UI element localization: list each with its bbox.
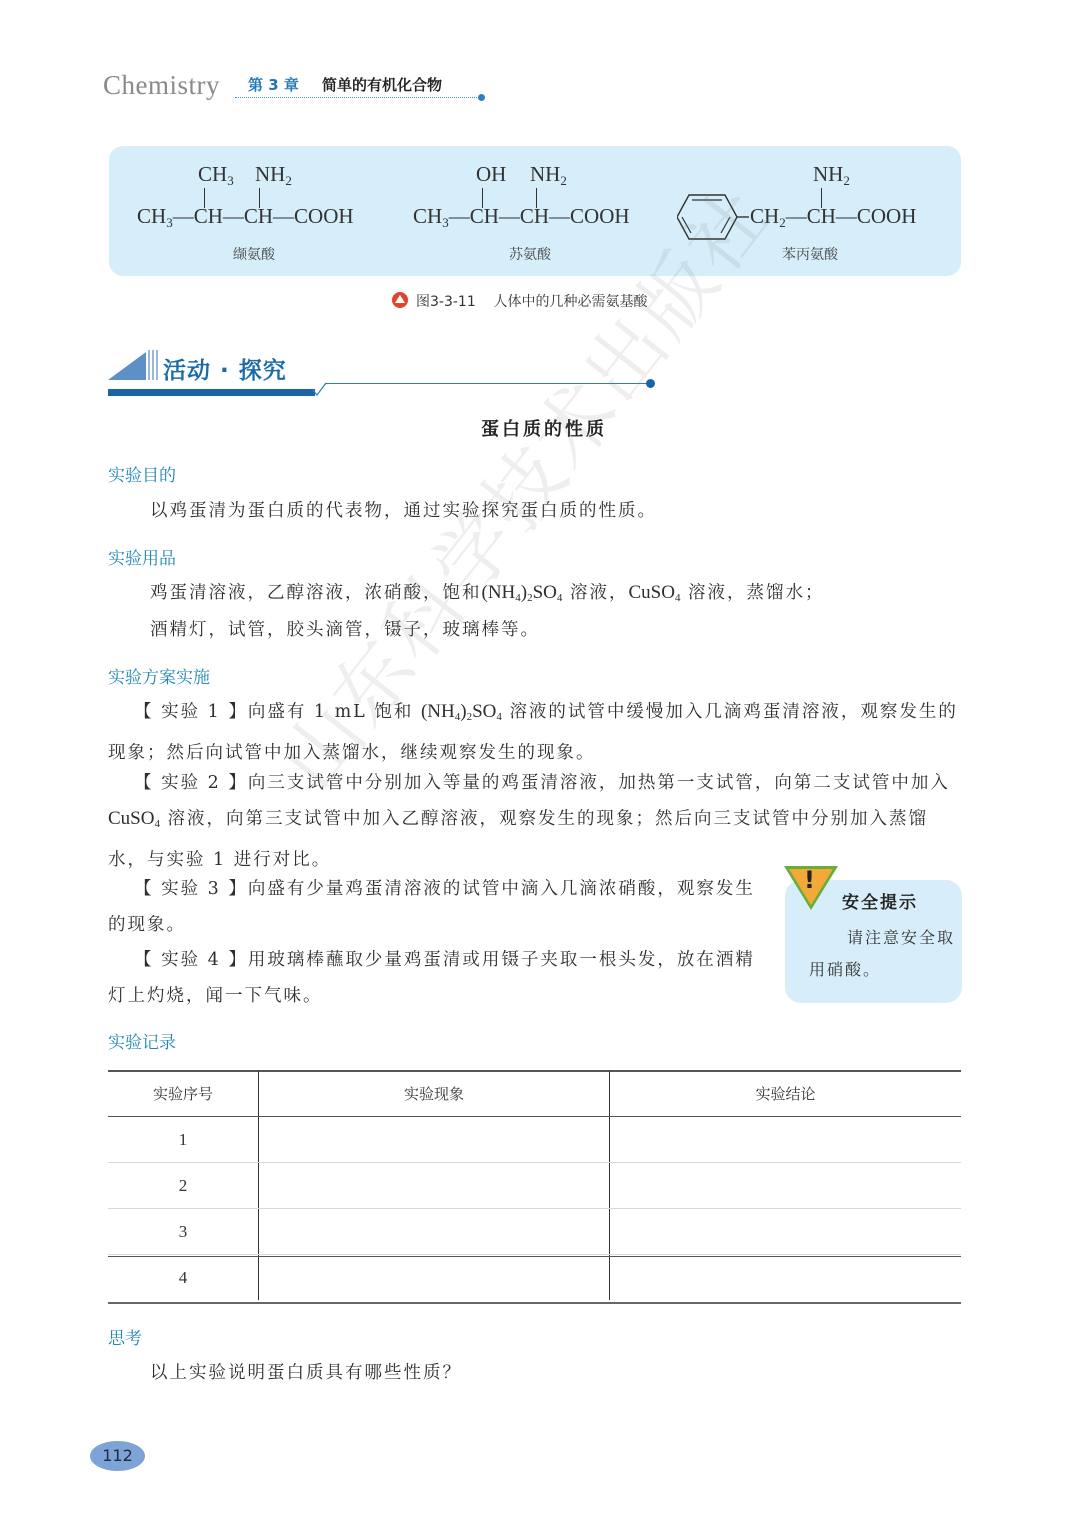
safety-tip-title: 安全提示 bbox=[842, 888, 918, 913]
chapter-number: 第 3 章 bbox=[248, 74, 299, 95]
formula-copper-sulfate: CuSO4 bbox=[628, 582, 680, 603]
col-header-conclusion: 实验结论 bbox=[610, 1071, 962, 1117]
section-title: 蛋白质的性质 bbox=[0, 415, 1080, 441]
table-row: 4 bbox=[108, 1255, 961, 1301]
conclusion-cell[interactable] bbox=[610, 1117, 962, 1163]
valine-ch3-group: CH3 bbox=[198, 162, 234, 189]
stripe bbox=[152, 350, 154, 380]
phenylalanine-chain: CH2—CH—COOH bbox=[750, 204, 916, 231]
threonine-chain: CH3—CH—CH—COOH bbox=[413, 204, 630, 231]
table-header-row: 实验序号 实验现象 实验结论 bbox=[108, 1071, 961, 1117]
table-row: 1 bbox=[108, 1117, 961, 1163]
formula-copper-sulfate: CuSO4 bbox=[108, 808, 160, 829]
threonine-oh-group: OH bbox=[476, 162, 506, 187]
heading-connector bbox=[312, 382, 328, 398]
experiment-4-label: 【 实验 4 】 bbox=[134, 950, 248, 970]
phenylalanine-nh2-group: NH2 bbox=[813, 162, 850, 189]
activity-triangle-icon bbox=[108, 352, 146, 380]
valine-chain: CH3—CH—CH—COOH bbox=[137, 204, 354, 231]
phenomenon-cell[interactable] bbox=[259, 1117, 610, 1163]
experiment-1-label: 【 实验 1 】 bbox=[134, 702, 248, 722]
table-row: 2 bbox=[108, 1163, 961, 1209]
materials-text: 溶液， bbox=[570, 583, 629, 603]
experiment-3: 【 实验 3 】向盛有少量鸡蛋清溶液的试管中滴入几滴浓硝酸，观察发生的现象。 bbox=[108, 871, 758, 943]
experiment-1: 【 实验 1 】向盛有 1 mL 饱和 (NH4)2SO4 溶液的试管中缓慢加入… bbox=[108, 694, 963, 771]
subheading-record: 实验记录 bbox=[108, 1028, 176, 1053]
caption-number: 图3-3-11 bbox=[416, 294, 476, 310]
page-number-badge: 112 bbox=[90, 1441, 145, 1471]
materials-text: 溶液，蒸馏水； bbox=[688, 583, 825, 603]
row-number: 4 bbox=[108, 1255, 259, 1301]
phenylalanine-label: 苯丙氨酸 bbox=[782, 244, 838, 264]
valine-nh2-group: NH2 bbox=[255, 162, 292, 189]
phenomenon-cell[interactable] bbox=[259, 1163, 610, 1209]
materials-line-1: 鸡蛋清溶液，乙醇溶液，浓硝酸，饱和(NH4)2SO4 溶液，CuSO4 溶液，蒸… bbox=[150, 575, 825, 616]
stripe bbox=[156, 350, 158, 380]
conclusion-cell[interactable] bbox=[610, 1209, 962, 1255]
materials-line-2: 酒精灯，试管，胶头滴管，镊子，玻璃棒等。 bbox=[150, 612, 540, 648]
experiment-2-label: 【 实验 2 】 bbox=[134, 773, 248, 793]
conclusion-cell[interactable] bbox=[610, 1163, 962, 1209]
table-row-rule bbox=[108, 1256, 961, 1257]
subheading-procedure: 实验方案实施 bbox=[108, 663, 210, 688]
subheading-materials: 实验用品 bbox=[108, 544, 176, 569]
experiment-3-label: 【 实验 3 】 bbox=[134, 879, 248, 899]
row-number: 1 bbox=[108, 1117, 259, 1163]
col-header-number: 实验序号 bbox=[108, 1071, 259, 1117]
heading-bar bbox=[108, 389, 315, 396]
chapter-title: 简单的有机化合物 bbox=[322, 74, 442, 95]
row-number: 3 bbox=[108, 1209, 259, 1255]
threonine-label: 苏氨酸 bbox=[509, 244, 551, 264]
activity-heading: 活动 · 探究 bbox=[163, 352, 287, 385]
heading-dot bbox=[646, 379, 655, 388]
phenomenon-cell[interactable] bbox=[259, 1209, 610, 1255]
header-dot bbox=[478, 94, 485, 101]
col-header-phenomenon: 实验现象 bbox=[259, 1071, 610, 1117]
purpose-text: 以鸡蛋清为蛋白质的代表物，通过实验探究蛋白质的性质。 bbox=[150, 493, 657, 529]
record-table: 实验序号 实验现象 实验结论 1 2 3 4 bbox=[108, 1071, 961, 1300]
safety-tip-text: 请注意安全取用硝酸。 bbox=[809, 922, 959, 986]
triangle-figure-icon bbox=[392, 292, 408, 308]
threonine-nh2-group: NH2 bbox=[530, 162, 567, 189]
formula-ammonium-sulfate: (NH4)2SO4 bbox=[421, 701, 502, 722]
caption-text: 人体中的几种必需氨基酸 bbox=[494, 294, 648, 310]
header-dotted-line bbox=[235, 97, 481, 98]
valine-label: 缬氨酸 bbox=[233, 244, 275, 264]
table-bottom-rule bbox=[108, 1302, 961, 1304]
materials-text: 鸡蛋清溶液，乙醇溶液，浓硝酸，饱和 bbox=[150, 583, 482, 603]
experiment-2: 【 实验 2 】向三支试管中分别加入等量的鸡蛋清溶液，加热第一支试管，向第二支试… bbox=[108, 765, 963, 878]
formula-ammonium-sulfate: (NH4)2SO4 bbox=[482, 582, 563, 603]
experiment-2-text: 溶液，向第三支试管中加入乙醇溶液，观察发生的现象；然后向三支试管中分别加入蒸馏水… bbox=[108, 809, 928, 870]
exclamation-icon: ! bbox=[804, 866, 815, 894]
conclusion-cell[interactable] bbox=[610, 1255, 962, 1301]
row-number: 2 bbox=[108, 1163, 259, 1209]
stripe bbox=[148, 350, 150, 380]
subheading-purpose: 实验目的 bbox=[108, 461, 176, 486]
experiment-4: 【 实验 4 】用玻璃棒蘸取少量鸡蛋清或用镊子夹取一根头发，放在酒精灯上灼烧，闻… bbox=[108, 942, 758, 1014]
heading-line bbox=[325, 383, 650, 384]
subheading-think: 思考 bbox=[108, 1324, 142, 1349]
figure-caption: 图3-3-11 人体中的几种必需氨基酸 bbox=[392, 291, 648, 311]
experiment-2-text: 向三支试管中分别加入等量的鸡蛋清溶液，加热第一支试管，向第二支试管中加入 bbox=[248, 773, 950, 793]
benzene-ring-icon bbox=[677, 193, 749, 241]
table-row: 3 bbox=[108, 1209, 961, 1255]
think-text: 以上实验说明蛋白质具有哪些性质？ bbox=[150, 1355, 462, 1391]
header-brand: Chemistry bbox=[103, 70, 220, 101]
experiment-1-text: 向盛有 1 mL 饱和 bbox=[248, 702, 414, 722]
phenomenon-cell[interactable] bbox=[259, 1255, 610, 1301]
